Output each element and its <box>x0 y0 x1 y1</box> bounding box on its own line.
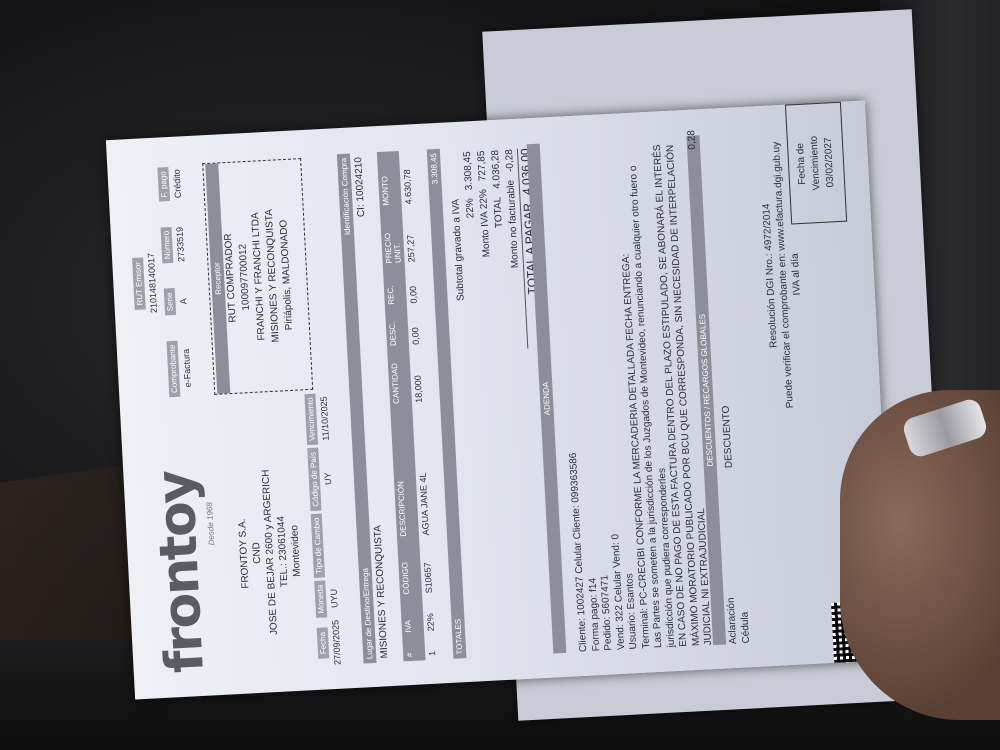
delivery-place: MISIONES Y RECONQUISTA <box>372 525 390 659</box>
items-column-header: IVA <box>400 598 424 637</box>
discount-value: 0,28 <box>686 130 698 150</box>
purchase-id: CI: 10024210 <box>353 157 367 218</box>
fecha: Fecha27/09/2025 <box>316 620 342 666</box>
items-column-header: DESC. <box>385 308 409 350</box>
moneda: MonedaUYU <box>314 580 340 618</box>
doc-id-row: Comprobantee-Factura SerieA Número273351… <box>157 166 193 397</box>
items-column-header: CANTIDAD <box>387 349 412 408</box>
adenda-text: Cliente: 1002427 Celular Cliente: 099363… <box>551 124 753 652</box>
brand-tagline: Desde 1968 <box>205 502 216 546</box>
items-column-header: MONTO <box>377 151 402 210</box>
brand-logo: frontoy <box>145 470 215 674</box>
table-cell: 4.630,78 <box>399 150 416 209</box>
table-cell: 22% <box>422 597 438 636</box>
items-column-header: CÓDIGO <box>397 540 422 599</box>
table-cell: 1 <box>424 635 439 660</box>
serie: SerieA <box>164 288 189 316</box>
items-column-header: PRECIO UNIT. <box>380 209 405 268</box>
table-cell: 0,00 <box>405 266 421 308</box>
items-column-header: REC. <box>383 267 407 309</box>
numero: Número2733519 <box>160 226 186 264</box>
table-cell: 0,00 <box>407 307 423 349</box>
expiry-box: Fecha de Vencimiento 03/02/2027 <box>785 102 847 225</box>
invoice-header: RUT Emisor 210148140017 Comprobantee-Fac… <box>127 166 193 399</box>
rut-emisor: RUT Emisor 210148140017 <box>127 168 163 399</box>
receptor-box: Receptor RUT COMPRADOR 100097700012 FRAN… <box>202 158 313 395</box>
vencimiento: Vencimiento11/10/2025 <box>304 393 331 446</box>
comprobante: Comprobantee-Factura <box>166 340 193 398</box>
items-column-header: # <box>402 636 425 662</box>
table-cell: 257,27 <box>402 208 419 267</box>
codigo-pais: Código de PaísUY <box>307 447 334 511</box>
issuer-block: FRONTOY S.A. CND JOSE DE BEJAR 2600 y AR… <box>232 451 307 654</box>
info-row: Fecha27/09/2025 MonedaUYU Tipo de Cambio… <box>304 393 342 666</box>
table-cell: 18,000 <box>409 348 426 407</box>
table-cell: S10657 <box>419 539 436 598</box>
forma-pago: F. pagoCrédito <box>157 166 183 201</box>
tipo-cambio: Tipo de Cambio <box>311 513 338 578</box>
invoice-document: frontoy Desde 1968 FRONTOY S.A. CND JOSE… <box>106 100 894 699</box>
